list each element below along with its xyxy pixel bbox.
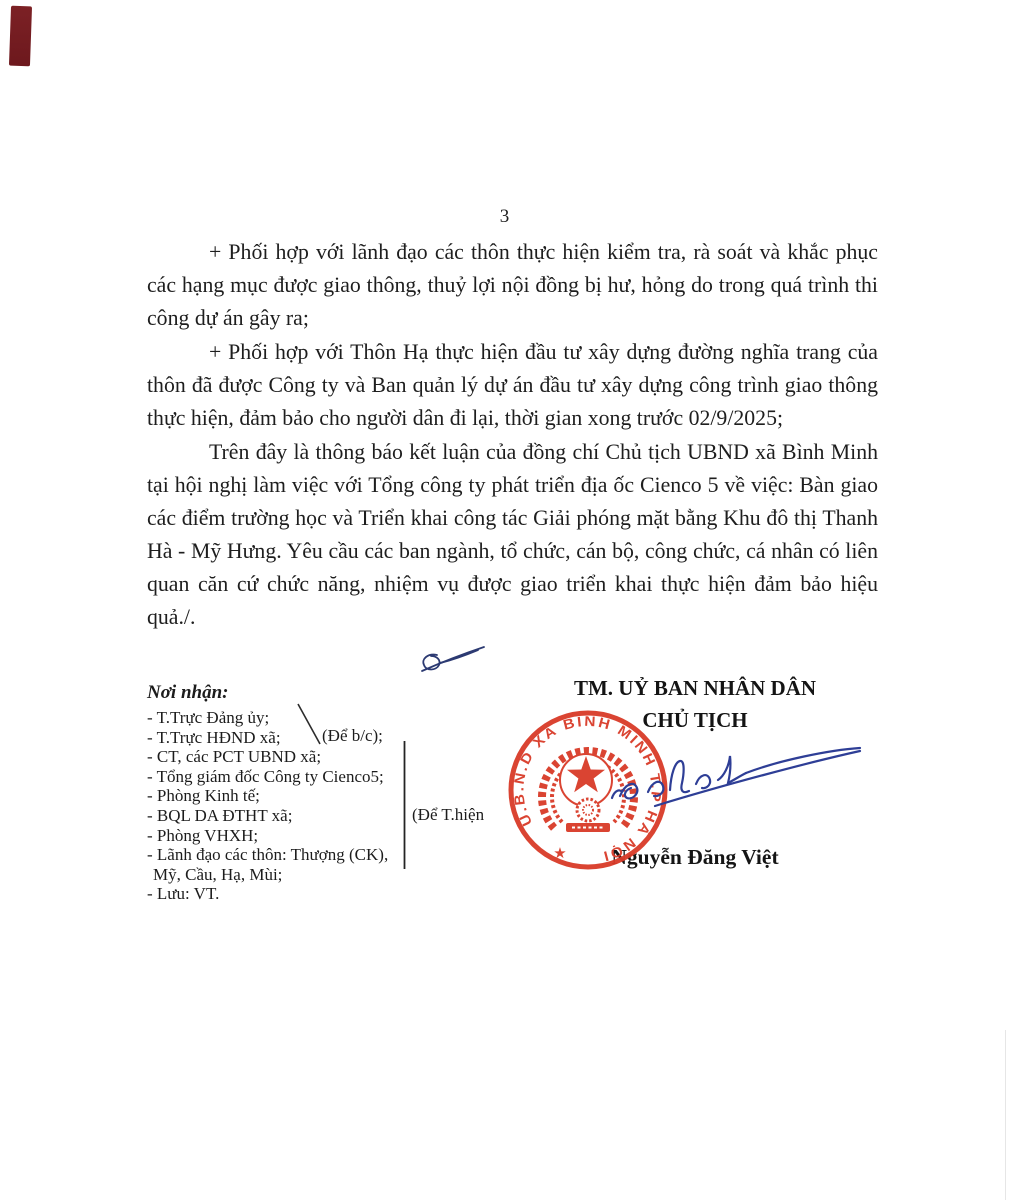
star-icon xyxy=(567,756,605,792)
recipient-item: - Lãnh đạo các thôn: Thượng (CK), xyxy=(147,845,447,865)
document-body: + Phối hợp với lãnh đạo các thôn thực hi… xyxy=(147,236,878,634)
recipient-item: Mỹ, Cầu, Hạ, Mùi; xyxy=(147,865,447,885)
emblem-gear xyxy=(577,799,599,821)
signature-scribble xyxy=(612,748,860,806)
scan-edge-artifact xyxy=(1005,1030,1006,1200)
recipient-item: - Tổng giám đốc Công ty Cienco5; xyxy=(147,767,447,787)
route-note-exec: (Để T.hiện xyxy=(412,805,484,825)
signoff-authority: TM. UỶ BAN NHÂN DÂN xyxy=(550,672,840,704)
recipients-block: Nơi nhận: - T.Trực Đảng ủy; - T.Trực HĐN… xyxy=(147,682,447,904)
recipient-item: - Phòng VHXH; xyxy=(147,826,447,846)
scan-corner-mark xyxy=(9,6,32,67)
emblem-gear-hub xyxy=(583,805,593,815)
signoff-title: CHỦ TỊCH xyxy=(550,704,840,736)
recipient-item: - CT, các PCT UBND xã; xyxy=(147,747,447,767)
seal-outer-ring xyxy=(511,713,665,867)
recipient-item: - Lưu: VT. xyxy=(147,884,447,904)
signoff-block: TM. UỶ BAN NHÂN DÂN CHỦ TỊCH xyxy=(550,672,840,736)
recipient-item: - T.Trực HĐND xã; xyxy=(147,728,447,748)
emblem-wreath xyxy=(542,751,634,828)
paragraph: + Phối hợp với Thôn Hạ thực hiện đầu tư … xyxy=(147,336,878,435)
recipient-item: - BQL DA ĐTHT xã; xyxy=(147,806,447,826)
initial-scribble xyxy=(422,647,484,671)
national-emblem xyxy=(542,751,634,832)
recipient-item: - Phòng Kinh tế; xyxy=(147,786,447,806)
signer-name: Nguyễn Đăng Việt xyxy=(550,845,840,870)
recipient-item: - T.Trực Đảng ủy; xyxy=(147,708,447,728)
emblem-banner xyxy=(566,823,610,832)
emblem-field xyxy=(560,754,612,806)
page-number: 3 xyxy=(0,206,1009,228)
recipients-heading: Nơi nhận: xyxy=(147,682,447,704)
paragraph: + Phối hợp với lãnh đạo các thôn thực hi… xyxy=(147,236,878,335)
route-note-bc: (Để b/c); xyxy=(322,726,383,746)
paragraph: Trên đây là thông báo kết luận của đồng … xyxy=(147,436,878,634)
emblem-wreath-inner xyxy=(552,761,624,822)
